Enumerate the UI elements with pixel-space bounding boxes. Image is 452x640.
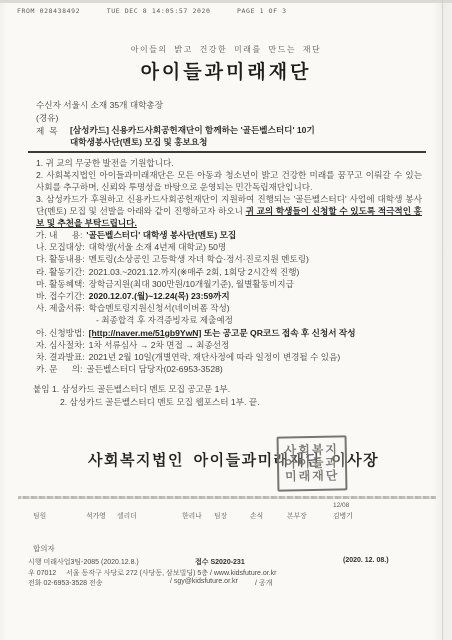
recruitment-details-list: 가. 내 용:'골든벨스터디' 대학생 봉사단(멘토) 모집 나. 모집대상:대…: [36, 229, 428, 375]
detail-label: 라. 활동기간:: [36, 267, 85, 277]
detail-item-target: 나. 모집대상:대학생(서울 소재 4년제 대학교) 50명: [36, 241, 428, 253]
detail-label: 가. 내 용:: [36, 230, 82, 240]
scanned-fax-page: FROM 028438492 TUE DEC 8 14:05:57 2020 P…: [0, 0, 452, 640]
receipt-number: 접수 S2020-231: [195, 557, 245, 567]
attachment-line-1: 붙임 1. 삼성카드 골든벨스터디 멘토 모집 공고문 1부.: [33, 383, 259, 396]
detail-value: 골든벨스터디 담당자(02-6953-3528): [86, 364, 222, 374]
attachment-line-2: 2. 삼성카드 골든벨스터디 멘토 모집 웹포스터 1부. 끝.: [60, 396, 259, 409]
subject-row: 제 목 [삼성카드] 신용카드사회공헌재단이 함께하는 '골든벨스터디' 10기…: [36, 125, 422, 149]
approval-date-note: 12/08: [333, 502, 349, 509]
recipient-line: 수신자 서울시 소재 35개 대학총장: [36, 99, 422, 112]
attachments-block: 붙임 1. 삼성카드 골든벨스터디 멘토 모집 공고문 1부. 2. 삼성카드 …: [33, 383, 259, 409]
detail-value: 또는 공고문 QR코드 접속 후 신청서 작성: [201, 328, 355, 338]
detail-item-documents-subnote: - 최종합격 후 자격증빙자료 제출예정: [96, 314, 428, 326]
receipt-date: (2020. 12. 08.): [343, 557, 389, 564]
detail-item-contact: 카. 문 의:골든벨스터디 담당자(02-6953-3528): [36, 363, 428, 375]
detail-item-activity: 다. 활동내용:멘토링(소상공인 고등학생 자녀 학습·정서·진로지원 멘토링): [36, 253, 428, 265]
fax-datetime: TUE DEC 8 14:05:57 2020: [107, 7, 211, 15]
detail-value: '골든벨스터디' 대학생 봉사단(멘토) 모집: [86, 230, 236, 240]
signer-name: 김병기: [333, 510, 353, 520]
signer-role: 팀장: [214, 510, 227, 520]
address-and-website: 서울 동작구 사당로 272 (사당동, 삼보빌딩) 5층 / www.kids…: [66, 568, 277, 578]
subject-divider: [28, 151, 426, 153]
postal-code: 우 07012: [28, 568, 56, 578]
body-paragraph-1: 1. 귀 교의 무궁한 발전을 기원합니다.: [36, 157, 422, 169]
document-meta: 수신자 서울시 소재 35개 대학총장 (경유) 제 목 [삼성카드] 신용카드…: [36, 99, 422, 149]
letter-body: 1. 귀 교의 무궁한 발전을 기원합니다. 2. 사회복지법인 아이들과미래재…: [36, 157, 422, 230]
detail-value: 대학생(서울 소재 4년제 대학교) 50명: [89, 242, 227, 252]
signature-block: 사회복지법인 아이들과미래재단 이사장 사회복지 아이들과 미래재단: [88, 449, 418, 470]
fax-header: FROM 028438492 TUE DEC 8 14:05:57 2020 P…: [17, 7, 437, 15]
signer-name: 한리나: [182, 510, 202, 520]
agreement-label: 합의자: [33, 543, 55, 554]
detail-value: 2021년 2월 10일(개별연락, 재단사정에 따라 일정이 변경될 수 있음…: [89, 352, 341, 362]
detail-value: 2021.03.~2021.12.까지(※매주 2회, 1회당 2시간씩 진행): [89, 267, 300, 277]
signer-name: 손식: [250, 510, 263, 520]
detail-label: 자. 심사절차:: [36, 340, 85, 350]
detail-label: 아. 신청방법:: [36, 328, 85, 338]
detail-value: 멘토링(소상공인 고등학생 자녀 학습·정서·진로지원 멘토링): [89, 254, 309, 264]
detail-label: 차. 결과발표:: [36, 352, 85, 362]
detail-label: 마. 활동혜택:: [36, 279, 85, 289]
seal-text-line: 미래재단: [285, 470, 340, 484]
detail-item-period: 라. 활동기간:2021.03.~2021.12.까지(※매주 2회, 1회당 …: [36, 266, 428, 278]
subject-line-1: [삼성카드] 신용카드사회공헌재단이 함께하는 '골든벨스터디' 10기: [70, 125, 315, 135]
signer-name: 석가영: [86, 510, 106, 520]
subject-label: 제 목: [36, 125, 70, 149]
detail-value: 학습멘토링지원신청서(네이버폼 작성): [89, 303, 230, 313]
phone-fax: 전화 02-6953-3528 전송: [28, 578, 103, 588]
via-line: (경유): [36, 112, 422, 125]
approval-signers-row: 팀원 석가영 셀리더 한리나 팀장 손식 본부장 김병기: [0, 510, 452, 524]
scan-edge-right: [442, 0, 443, 640]
detail-label: 나. 모집대상:: [36, 242, 85, 252]
detail-item-benefit: 마. 활동혜택:장학금지원(최대 300만원/10개월기준), 월별활동비지급: [36, 278, 428, 290]
detail-label: 바. 접수기간:: [36, 291, 85, 301]
detail-value: 장학금지원(최대 300만원/10개월기준), 월별활동비지급: [89, 279, 294, 289]
execution-number: 시행 미래사업3팀-2085 (2020.12.8.): [28, 557, 139, 567]
detail-label: 사. 제출서류:: [36, 303, 85, 313]
scan-edge-top: [0, 0, 452, 3]
application-url: [http://naver.me/51gb9YwN]: [89, 328, 202, 338]
subject-line-2: 대학생봉사단(멘토) 모집 및 홍보요청: [70, 137, 207, 147]
body-paragraph-2: 2. 사회복지법인 아이들과미래재단은 모든 아동과 청소년이 밝고 건강한 미…: [36, 169, 422, 193]
email: / sgy@kidsfuture.or.kr: [170, 578, 238, 585]
body-paragraph-3: 3. 삼성카드가 후원하고 신용카드사회공헌재단이 지원하여 진행되는 '골든벨…: [36, 193, 422, 229]
detail-value: 1차 서류심사 → 2차 면접 → 최종선정: [89, 340, 230, 350]
detail-item-content: 가. 내 용:'골든벨스터디' 대학생 봉사단(멘토) 모집: [36, 229, 428, 241]
foundation-title: 아이들과미래재단: [0, 57, 452, 84]
detail-item-announcement: 차. 결과발표:2021년 2월 10일(개별연락, 재단사정에 따라 일정이 …: [36, 351, 428, 363]
subject-text: [삼성카드] 신용카드사회공헌재단이 함께하는 '골든벨스터디' 10기 대학생…: [70, 125, 315, 149]
foundation-slogan: 아이들의 밝고 건강한 미래를 만드는 재단: [0, 44, 452, 55]
signer-role: 셀리더: [117, 510, 137, 520]
approval-divider: [18, 496, 436, 499]
chairman-signature-line: 사회복지법인 아이들과미래재단 이사장: [88, 449, 418, 470]
fax-from: FROM 028438492: [17, 7, 80, 15]
signer-role: 본부장: [287, 510, 307, 520]
fax-page-count: PAGE 1 OF 3: [237, 7, 287, 15]
detail-value: 2020.12.07.(월)~12.24(목) 23:59까지: [89, 291, 230, 301]
disclosure-status: / 공개: [255, 578, 272, 588]
detail-item-how-to-apply: 아. 신청방법:[http://naver.me/51gb9YwN] 또는 공고…: [36, 327, 428, 339]
detail-item-apply-period: 바. 접수기간:2020.12.07.(월)~12.24(목) 23:59까지: [36, 290, 428, 302]
official-seal-stamp: 사회복지 아이들과 미래재단: [277, 435, 348, 491]
signer-role: 팀원: [33, 510, 46, 520]
detail-label: 카. 문 의:: [36, 364, 82, 374]
detail-label: 다. 활동내용:: [36, 254, 85, 264]
detail-item-documents: 사. 제출서류:학습멘토링지원신청서(네이버폼 작성): [36, 302, 428, 314]
detail-item-screening: 자. 심사절차:1차 서류심사 → 2차 면접 → 최종선정: [36, 339, 428, 351]
